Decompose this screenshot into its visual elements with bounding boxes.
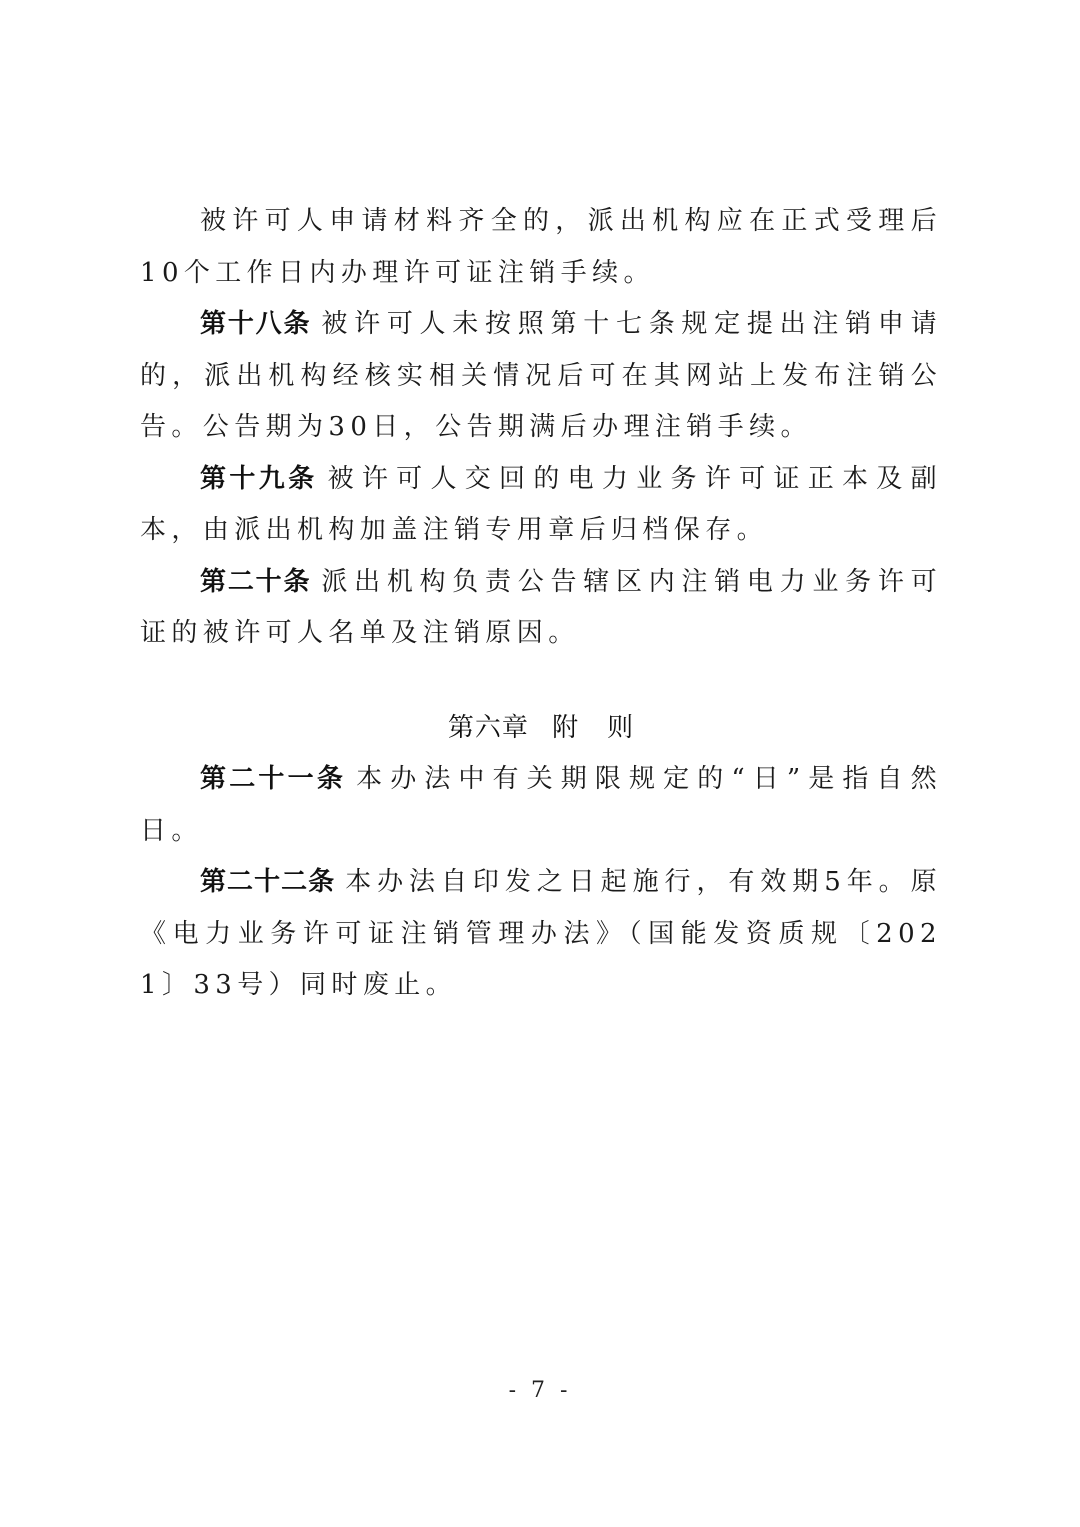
page-number: - 7 - [0,1378,1080,1403]
article-21: 第二十一条本办法中有关期限规定的“日”是指自然日。 [140,754,942,857]
paragraph-cancellation-timeline: 被许可人申请材料齐全的，派出机构应在正式受理后10个工作日内办理许可证注销手续。 [140,196,942,299]
article-22: 第二十二条本办法自印发之日起施行，有效期5年。原《电力业务许可证注销管理办法》（… [140,857,942,1012]
article-20: 第二十条派出机构负责公告辖区内注销电力业务许可证的被许可人名单及注销原因。 [140,557,942,660]
paragraph-text: 被许可人申请材料齐全的，派出机构应在正式受理后10个工作日内办理许可证注销手续。 [140,206,942,288]
chapter-heading: 第六章 附则 [140,703,942,755]
chapter-number: 第六章 [448,713,529,743]
article-heading: 第二十一条 [200,764,346,794]
article-heading: 第二十条 [200,567,311,597]
article-heading: 第十九条 [200,464,318,494]
article-heading: 第二十二条 [200,867,335,897]
chapter-title-part2: 则 [607,713,634,743]
chapter-title-part1: 附 [552,713,579,743]
article-18: 第十八条被许可人未按照第十七条规定提出注销申请的，派出机构经核实相关情况后可在其… [140,299,942,454]
article-19: 第十九条被许可人交回的电力业务许可证正本及副本，由派出机构加盖注销专用章后归档保… [140,454,942,557]
document-page: 被许可人申请材料齐全的，派出机构应在正式受理后10个工作日内办理许可证注销手续。… [140,196,942,1012]
article-heading: 第十八条 [200,309,311,339]
